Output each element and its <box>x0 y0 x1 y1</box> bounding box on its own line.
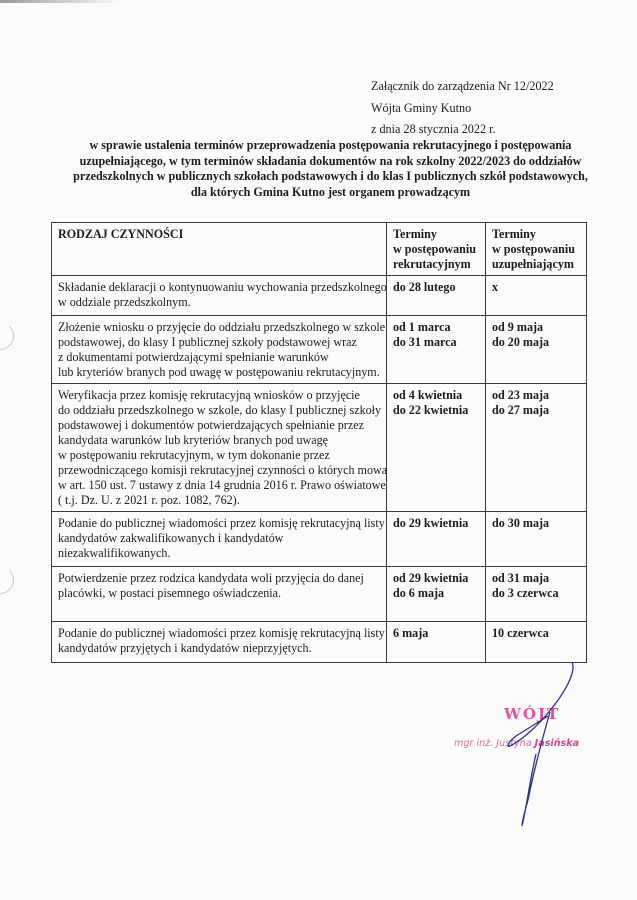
cell-line: od 4 kwietnia <box>393 388 479 403</box>
cell-line: w oddziale przedszkolnym. <box>58 295 380 310</box>
cell-line: w postępowaniu rekrutacyjnym, w tym doko… <box>58 448 380 463</box>
subject-line: w sprawie ustalenia terminów przeprowadz… <box>58 138 603 154</box>
subject-line: uzupełniającego, w tym terminów składani… <box>58 154 603 170</box>
cell-line: ( t.j. Dz. U. z 2021 r. poz. 1082, 762). <box>58 493 380 508</box>
subject-line: przedszkolnych w publicznych szkołach po… <box>58 169 603 185</box>
cell-line: do 3 czerwca <box>492 586 580 601</box>
schedule-table: RODZAJ CZYNNOŚCI Terminyw postępowaniure… <box>51 222 587 663</box>
cell-line: podstawowej i dokumentów potwierdzającyc… <box>58 418 380 433</box>
annex-header: Załącznik do zarządzenia Nr 12/2022 Wójt… <box>371 76 554 141</box>
cell-line: do oddziału przedszkolnego w szkole, do … <box>58 403 380 418</box>
supplementary-date-cell: do 30 maja <box>486 512 587 567</box>
header-recruitment: Terminyw postępowaniurekrutacyjnym <box>387 223 486 276</box>
cell-line: Składanie deklaracji o kontynuowaniu wyc… <box>58 280 380 295</box>
table-row: Weryfikacja przez komisję rekrutacyjną w… <box>52 384 587 512</box>
activity-cell: Podanie do publicznej wiadomości przez k… <box>52 622 387 663</box>
activity-cell: Potwierdzenie przez rodzica kandydata wo… <box>52 567 387 622</box>
cell-line: do 20 maja <box>492 335 580 350</box>
supplementary-date-cell: x <box>486 276 587 316</box>
header-activity: RODZAJ CZYNNOŚCI <box>52 223 387 276</box>
supplementary-date-cell: od 31 majado 3 czerwca <box>486 567 587 622</box>
cell-line: w postępowaniu <box>393 242 479 257</box>
cell-line: od 9 maja <box>492 320 580 335</box>
cell-line: podstawowej, do klasy I publicznej szkoł… <box>58 335 380 350</box>
activity-cell: Podanie do publicznej wiadomości przez k… <box>52 512 387 567</box>
activity-cell: Składanie deklaracji o kontynuowaniu wyc… <box>52 276 387 316</box>
table-row: Złożenie wniosku o przyjęcie do oddziału… <box>52 316 587 384</box>
cell-line: uzupełniającym <box>492 257 580 272</box>
cell-line: rekrutacyjnym <box>393 257 479 272</box>
table-row: Składanie deklaracji o kontynuowaniu wyc… <box>52 276 587 316</box>
cell-line: kandydatów przyjętych i kandydatów niepr… <box>58 641 380 656</box>
cell-line: lub kryteriów branych pod uwagę w postęp… <box>58 365 380 380</box>
cell-line: do 22 kwietnia <box>393 403 479 418</box>
cell-line: do 28 lutego <box>393 280 479 295</box>
cell-line: Terminy <box>393 227 479 242</box>
cell-line: od 1 marca <box>393 320 479 335</box>
cell-line: x <box>492 280 580 295</box>
punch-hole-mark <box>0 566 14 594</box>
cell-line: od 29 kwietnia <box>393 571 479 586</box>
table-header-row: RODZAJ CZYNNOŚCI Terminyw postępowaniure… <box>52 223 587 276</box>
cell-line: Podanie do publicznej wiadomości przez k… <box>58 516 380 531</box>
header-supplementary: Terminyw postępowaniuuzupełniającym <box>486 223 587 276</box>
annex-line-ordinance: Załącznik do zarządzenia Nr 12/2022 <box>371 76 554 98</box>
supplementary-date-cell: od 23 majado 27 maja <box>486 384 587 512</box>
cell-line: niezakwalifikowanych. <box>58 546 380 561</box>
cell-line: w postępowaniu <box>492 242 580 257</box>
recruitment-date-cell: od 29 kwietniado 6 maja <box>387 567 486 622</box>
cell-line: Złożenie wniosku o przyjęcie do oddziału… <box>58 320 380 335</box>
cell-line: do 30 maja <box>492 516 580 531</box>
header-activity-label: RODZAJ CZYNNOŚCI <box>58 227 183 241</box>
cell-line: od 23 maja <box>492 388 580 403</box>
recruitment-date-cell: od 4 kwietniado 22 kwietnia <box>387 384 486 512</box>
document-subject: w sprawie ustalenia terminów przeprowadz… <box>58 138 603 201</box>
recruitment-date-cell: od 1 marcado 31 marca <box>387 316 486 384</box>
cell-line: kandydata warunków lub kryteriów branych… <box>58 433 380 448</box>
scan-edge-artifact <box>0 0 120 3</box>
cell-line: do 29 kwietnia <box>393 516 479 531</box>
cell-line: Potwierdzenie przez rodzica kandydata wo… <box>58 571 380 586</box>
activity-cell: Złożenie wniosku o przyjęcie do oddziału… <box>52 316 387 384</box>
cell-line: przewodniczącego komisji rekrutacyjnej c… <box>58 463 380 478</box>
cell-line: 6 maja <box>393 626 479 641</box>
recruitment-date-cell: do 28 lutego <box>387 276 486 316</box>
supplementary-date-cell: od 9 majado 20 maja <box>486 316 587 384</box>
cell-line: do 31 marca <box>393 335 479 350</box>
signature-block: WÓJT mgr inż. Justyna Jasińska <box>440 650 620 840</box>
subject-line: dla których Gmina Kutno jest organem pro… <box>58 185 603 201</box>
table-row: Potwierdzenie przez rodzica kandydata wo… <box>52 567 587 622</box>
activity-cell: Weryfikacja przez komisję rekrutacyjną w… <box>52 384 387 512</box>
cell-line: Podanie do publicznej wiadomości przez k… <box>58 626 380 641</box>
cell-line: Terminy <box>492 227 580 242</box>
cell-line: w art. 150 ust. 7 ustawy z dnia 14 grudn… <box>58 478 380 493</box>
cell-line: placówki, w postaci pisemnego oświadczen… <box>58 586 380 601</box>
annex-line-issuer: Wójta Gminy Kutno <box>371 98 554 120</box>
cell-line: Weryfikacja przez komisję rekrutacyjną w… <box>58 388 380 403</box>
table-row: Podanie do publicznej wiadomości przez k… <box>52 512 587 567</box>
recruitment-date-cell: do 29 kwietnia <box>387 512 486 567</box>
cell-line: do 6 maja <box>393 586 479 601</box>
punch-hole-mark <box>0 322 14 350</box>
cell-line: kandydatów zakwalifikowanych i kandydató… <box>58 531 380 546</box>
cell-line: do 27 maja <box>492 403 580 418</box>
cell-line: od 31 maja <box>492 571 580 586</box>
cell-line: 10 czerwca <box>492 626 580 641</box>
cell-line: z dokumentami potwierdzającymi spełniani… <box>58 350 380 365</box>
handwritten-signature-icon <box>440 650 620 840</box>
